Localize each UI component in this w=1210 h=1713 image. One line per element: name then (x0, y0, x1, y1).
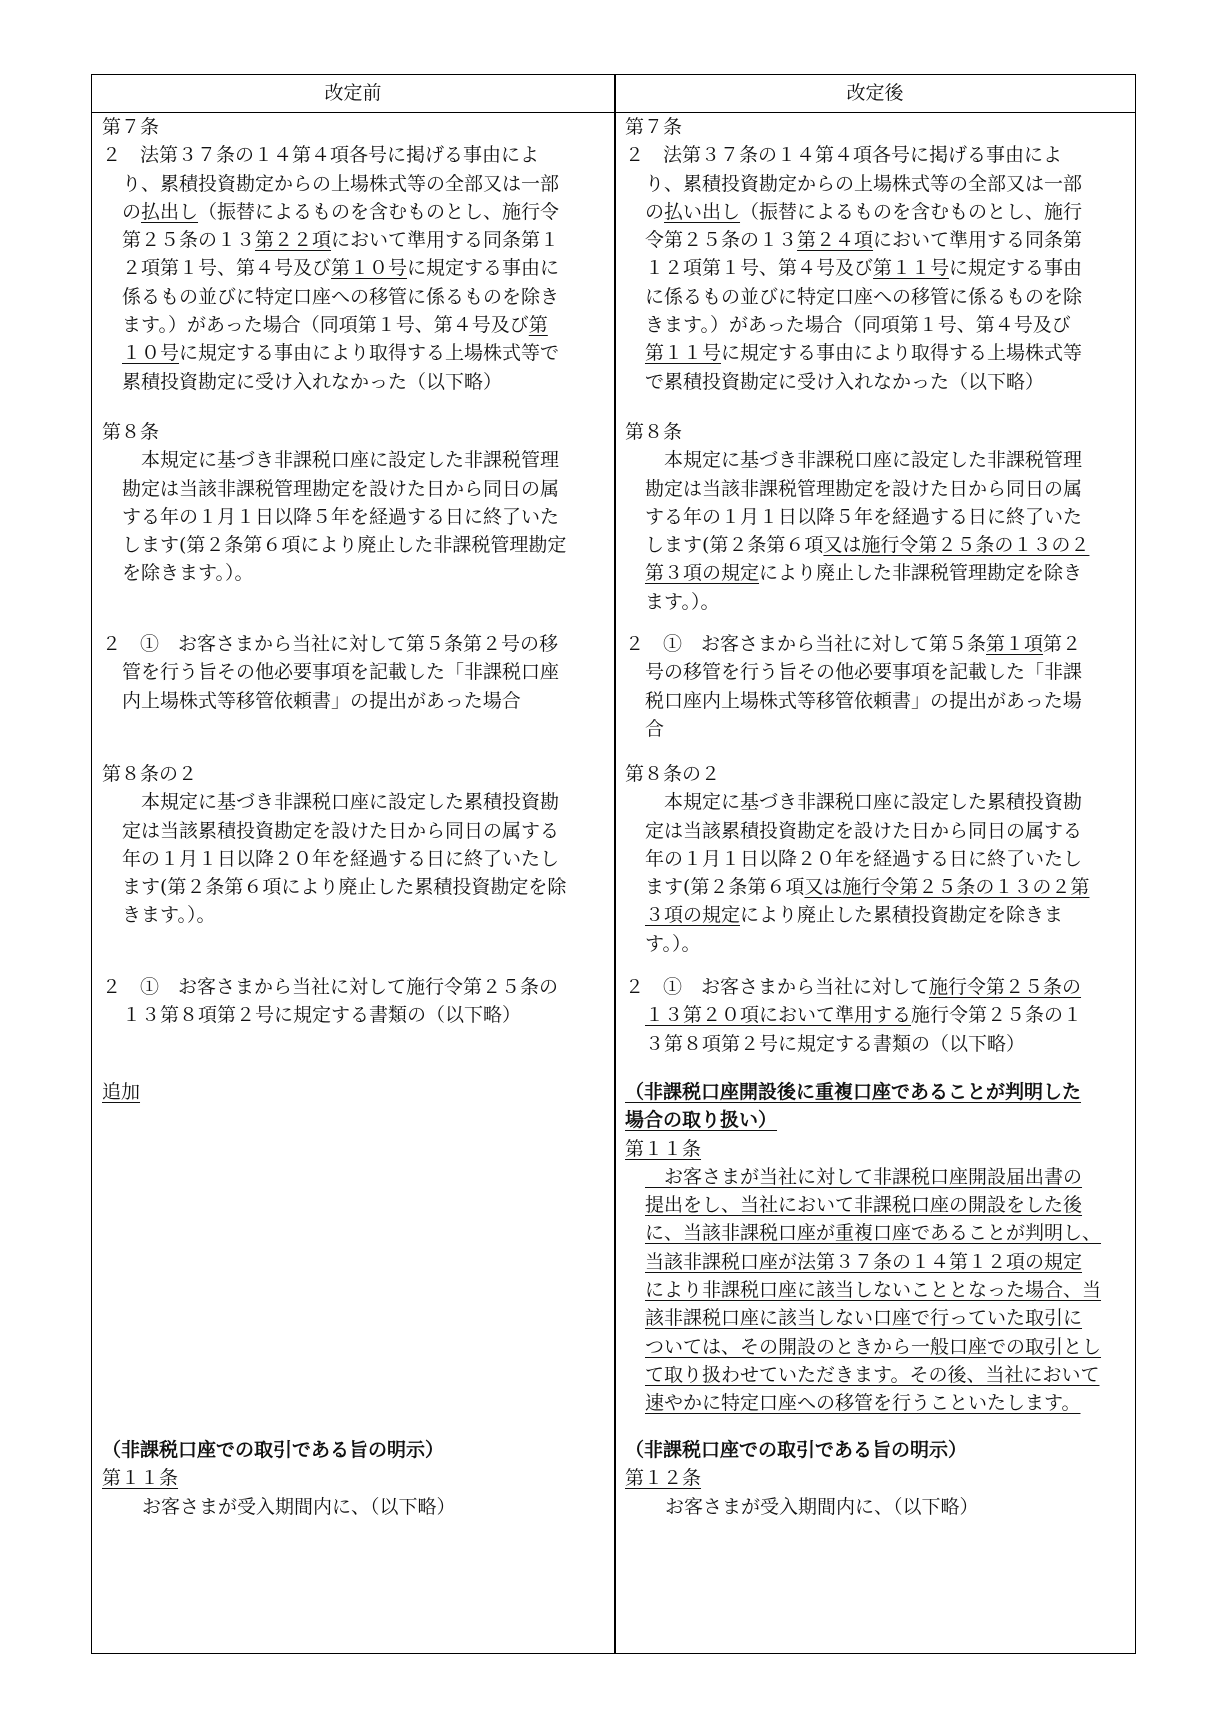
text: 定は当該累積投資勘定を設けた日から同日の属する (645, 820, 1082, 842)
header-before: 改定前 (92, 75, 614, 113)
text-line: により非課税口座に該当しないこととなった場合、当 (645, 1279, 1101, 1301)
text-line: 提出をし、当社において非課税口座の開設をした後 (645, 1194, 1082, 1216)
text: ます。）。 (645, 591, 719, 613)
text-line: きます。）があった場合（同項第１号、第４号及び (625, 311, 1125, 339)
article-title: 第７条 (625, 113, 1125, 141)
text: ２項第１号、第４号及び (122, 257, 331, 279)
text-line: 号の移管を行う旨その他必要事項を記載した「非課 (625, 658, 1125, 686)
text: において準用する同条第 (873, 229, 1082, 251)
text-line: で累積投資勘定に受け入れなかった（以下略） (625, 368, 1125, 396)
amended-text: 第２２項 (255, 229, 331, 251)
text: す。）。 (645, 933, 700, 955)
amended-text: 第１１号 (873, 257, 949, 279)
after-article-8-2-para-2: ２ ① お客さまから当社に対して施行令第２５条の １３第２０項において準用する施… (625, 973, 1125, 1058)
text: 累積投資勘定に受け入れなかった（以下略） (122, 371, 502, 393)
text-line: り、累積投資勘定からの上場株式等の全部又は一部 (102, 170, 602, 198)
text: （振替によるものを含むものとし、施行 (740, 201, 1082, 223)
before-column: 第７条 ２ 法第３７条の１４第４項各号に掲げる事由によ り、累積投資勘定からの上… (102, 113, 602, 1653)
text-line: ３項の規定により廃止した累積投資勘定を除きま (625, 901, 1125, 929)
text: １２項第１号、第４号及び (645, 257, 873, 279)
text-line: 本規定に基づき非課税口座に設定した非課税管理 (625, 446, 1125, 474)
text-line: ２項第１号、第４号及び第１０号に規定する事由に (102, 254, 602, 282)
text: 勘定は当該非課税管理勘定を設けた日から同日の属 (645, 478, 1082, 500)
after-article-12: （非課税口座での取引である旨の明示） 第１２条 お客さまが受入期間内に、（以下略… (625, 1436, 1125, 1521)
text-line: 速やかに特定口座への移管を行うこといたします。 (645, 1392, 1080, 1414)
text: 合 (645, 718, 664, 740)
amended-text: １０号 (122, 342, 179, 364)
text: に係るもの並びに特定口座への移管に係るものを除 (645, 286, 1082, 308)
before-article-8-para-2: ２ ① お客さまから当社に対して第５条第２号の移 管を行う旨その他必要事項を記載… (102, 630, 602, 715)
text: 令第２５条の１３ (645, 229, 797, 251)
article-title: 第１１条 (102, 1467, 178, 1489)
after-article-8-para-2: ２ ① お客さまから当社に対して第５条第１項第２ 号の移管を行う旨その他必要事項… (625, 630, 1125, 743)
text-line: ２ 法第３７条の１４第４項各号に掲げる事由によ (625, 141, 1125, 169)
article-caption: （非課税口座での取引である旨の明示） (625, 1436, 1125, 1464)
before-article-8: 第８条 本規定に基づき非課税口座に設定した非課税管理 勘定は当該非課税管理勘定を… (102, 418, 602, 588)
text: 係るもの並びに特定口座への移管に係るものを除き (122, 286, 559, 308)
amended-text: 第３項の規定 (645, 562, 759, 584)
text: ２ ① お客さまから当社に対して (625, 976, 929, 998)
text: ３第８項第２号に規定する書類の（以下略） (645, 1033, 1025, 1055)
text-line: 税口座内上場株式等移管依頼書」の提出があった場 (625, 687, 1125, 715)
text-line: ２ ① お客さまから当社に対して施行令第２５条の (625, 973, 1125, 1001)
before-article-7: 第７条 ２ 法第３７条の１４第４項各号に掲げる事由によ り、累積投資勘定からの上… (102, 113, 602, 396)
article-title: 第１１条 (625, 1138, 701, 1160)
text-line: 第３項の規定により廃止した非課税管理勘定を除き (625, 559, 1125, 587)
after-article-8-2: 第８条の２ 本規定に基づき非課税口座に設定した累積投資勘 定は当該累積投資勘定を… (625, 760, 1125, 958)
text: ２ 法第３７条の１４第４項各号に掲げる事由によ (625, 144, 1062, 166)
text-line: 年の１月１日以降２０年を経過する日に終了いたし (625, 845, 1125, 873)
article-caption: （非課税口座での取引である旨の明示） (102, 1436, 602, 1464)
before-article-8-2-para-2: ２ ① お客さまから当社に対して施行令第２５条の １３第８項第２号に規定する書類… (102, 973, 602, 1030)
text-line: 本規定に基づき非課税口座に設定した非課税管理 (102, 446, 602, 474)
text: において準用する同条第１ (331, 229, 559, 251)
article-title: 第８条 (102, 418, 602, 446)
text: きます。）があった場合（同項第１号、第４号及び (645, 314, 1071, 336)
text-line: 本規定に基づき非課税口座に設定した累積投資勘 (102, 788, 602, 816)
text: 本規定に基づき非課税口座に設定した非課税管理 (645, 449, 1082, 471)
article-title: 第８条 (625, 418, 1125, 446)
text: 号の移管を行う旨その他必要事項を記載した「非課 (645, 661, 1082, 683)
after-article-11-new: （非課税口座開設後に重複口座であることが判明した 場合の取り扱い） 第１１条 お… (625, 1078, 1125, 1418)
text-line: 該非課税口座に該当しない口座で行っていた取引に (645, 1307, 1082, 1329)
text-line: 管を行う旨その他必要事項を記載した「非課税口座 (102, 658, 602, 686)
text-line: します(第２条第６項により廃止した非課税管理勘定 (102, 531, 602, 559)
text-line: 合 (625, 715, 1125, 743)
article-title: 第１２条 (625, 1467, 701, 1489)
text: により廃止した累積投資勘定を除きま (740, 904, 1063, 926)
text-line: ２ ① お客さまから当社に対して第５条第１項第２ (625, 630, 1125, 658)
text: 第２５条の１３ (122, 229, 255, 251)
article-title: 第７条 (102, 113, 602, 141)
amended-text: 払出し (141, 201, 198, 223)
text-line: ２ 法第３７条の１４第４項各号に掲げる事由によ (102, 141, 602, 169)
text-line: １０号に規定する事由により取得する上場株式等で (102, 339, 602, 367)
text-line: 累積投資勘定に受け入れなかった（以下略） (102, 368, 602, 396)
text: ２ 法第３７条の１４第４項各号に掲げる事由によ (102, 144, 539, 166)
text-line: 本規定に基づき非課税口座に設定した累積投資勘 (625, 788, 1125, 816)
text-line: に係るもの並びに特定口座への移管に係るものを除 (625, 283, 1125, 311)
before-added-placeholder: 追加 (102, 1078, 602, 1106)
text: 第２ (1043, 633, 1081, 655)
text: 本規定に基づき非課税口座に設定した累積投資勘 (645, 791, 1082, 813)
added-label: 追加 (102, 1081, 140, 1103)
after-column: 第７条 ２ 法第３７条の１４第４項各号に掲げる事由によ り、累積投資勘定からの上… (625, 113, 1125, 1653)
amended-text: 施行令第２５条の (929, 976, 1081, 998)
text-line: り、累積投資勘定からの上場株式等の全部又は一部 (625, 170, 1125, 198)
article-caption: （非課税口座開設後に重複口座であることが判明した (625, 1081, 1081, 1103)
article-caption: 場合の取り扱い） (625, 1109, 777, 1131)
text: に規定する事由により取得する上場株式等 (721, 342, 1082, 364)
text: （振替によるものを含むものとし、施行令 (198, 201, 559, 223)
amended-text: 第１項 (986, 633, 1043, 655)
text-line: 係るもの並びに特定口座への移管に係るものを除き (102, 283, 602, 311)
text-line: する年の１月１日以降５年を経過する日に終了いた (102, 503, 602, 531)
amended-text: 第２４項 (797, 229, 873, 251)
amended-text: 第１０号 (331, 257, 407, 279)
text: 施行令第２５条の１ (911, 1004, 1082, 1026)
text-line: ます。）があった場合（同項第１号、第４号及び第 (102, 311, 602, 339)
text-line: １２項第１号、第４号及び第１１号に規定する事由 (625, 254, 1125, 282)
text-line: する年の１月１日以降５年を経過する日に終了いた (625, 503, 1125, 531)
text-line: 勘定は当該非課税管理勘定を設けた日から同日の属 (625, 475, 1125, 503)
text-line: お客さまが受入期間内に、（以下略） (102, 1493, 602, 1521)
text-line: の払出し（振替によるものを含むものとし、施行令 (102, 198, 602, 226)
text: ます(第２条第６項 (645, 876, 804, 898)
header-after: 改定後 (615, 75, 1135, 113)
text-line: １３第２０項において準用する施行令第２５条の１ (625, 1001, 1125, 1029)
text-line: ２ ① お客さまから当社に対して施行令第２５条の (102, 973, 602, 1001)
text: り、累積投資勘定からの上場株式等の全部又は一部 (645, 173, 1082, 195)
text: します(第２条第６項 (645, 534, 823, 556)
text-line: す。）。 (625, 930, 1125, 958)
text-line: ます。）。 (625, 588, 1125, 616)
amended-text: 第１１号 (645, 342, 721, 364)
text: ます。）があった場合（同項第１号、第４号及び (122, 314, 529, 336)
text-line: ます(第２条第６項又は施行令第２５条の１３の２第 (625, 873, 1125, 901)
article-title: 第８条の２ (102, 760, 602, 788)
text: する年の１月１日以降５年を経過する日に終了いた (645, 506, 1082, 528)
text-line: 勘定は当該非課税管理勘定を設けた日から同日の属 (102, 475, 602, 503)
text: 税口座内上場株式等移管依頼書」の提出があった場 (645, 690, 1082, 712)
after-article-8: 第８条 本規定に基づき非課税口座に設定した非課税管理 勘定は当該非課税管理勘定を… (625, 418, 1125, 616)
text: り、累積投資勘定からの上場株式等の全部又は一部 (122, 173, 559, 195)
amended-text: ３項の規定 (645, 904, 740, 926)
text-line: 年の１月１日以降２０年を経過する日に終了いたし (102, 845, 602, 873)
text-line: きます。）。 (102, 901, 602, 929)
column-divider (614, 75, 616, 1653)
before-article-8-2: 第８条の２ 本規定に基づき非課税口座に設定した累積投資勘 定は当該累積投資勘定を… (102, 760, 602, 930)
text-line: 令第２５条の１３第２４項において準用する同条第 (625, 226, 1125, 254)
amended-text: 第 (529, 314, 548, 336)
text: の (122, 201, 141, 223)
text-line: ついては、その開設のときから一般口座での取引とし (645, 1336, 1101, 1358)
text-line: の払い出し（振替によるものを含むものとし、施行 (625, 198, 1125, 226)
text: に規定する事由に (407, 257, 559, 279)
amended-text: １３第２０項において準用する (645, 1004, 911, 1026)
text-line: ３第８項第２号に規定する書類の（以下略） (625, 1030, 1125, 1058)
text: の (645, 201, 664, 223)
text: に規定する事由により取得する上場株式等で (179, 342, 559, 364)
text-line: 内上場株式等移管依頼書」の提出があった場合 (102, 687, 602, 715)
text-line: 定は当該累積投資勘定を設けた日から同日の属する (625, 817, 1125, 845)
after-article-7: 第７条 ２ 法第３７条の１４第４項各号に掲げる事由によ り、累積投資勘定からの上… (625, 113, 1125, 396)
article-title: 第８条の２ (625, 760, 1125, 788)
amended-text: 払い出し (664, 201, 740, 223)
text: 年の１月１日以降２０年を経過する日に終了いたし (645, 848, 1082, 870)
text-line: １３第８項第２号に規定する書類の（以下略） (102, 1001, 602, 1029)
text: に規定する事由 (949, 257, 1082, 279)
text: により廃止した非課税管理勘定を除き (759, 562, 1082, 584)
before-article-11: （非課税口座での取引である旨の明示） 第１１条 お客さまが受入期間内に、（以下略… (102, 1436, 602, 1521)
text: ２ ① お客さまから当社に対して第５条 (625, 633, 986, 655)
text-line: 定は当該累積投資勘定を設けた日から同日の属する (102, 817, 602, 845)
text-line: ２ ① お客さまから当社に対して第５条第２号の移 (102, 630, 602, 658)
amended-text: 又は施行令第２５条の１３の２ (823, 534, 1089, 556)
text-line: 第１１号に規定する事由により取得する上場株式等 (625, 339, 1125, 367)
amended-text: 又は施行令第２５条の１３の２第 (804, 876, 1089, 898)
text-line: します(第２条第６項又は施行令第２５条の１３の２ (625, 531, 1125, 559)
comparison-table: 改定前 改定後 第７条 ２ 法第３７条の１４第４項各号に掲げる事由によ り、累積… (91, 74, 1136, 1654)
text-line: お客さまが当社に対して非課税口座開設届出書の (645, 1166, 1082, 1188)
text-line: て取り扱わせていただきます。その後、当社において (645, 1364, 1099, 1386)
text-line: 当該非課税口座が法第３７条の１４第１２項の規定 (645, 1251, 1082, 1273)
text: で累積投資勘定に受け入れなかった（以下略） (645, 371, 1044, 393)
text-line: に、当該非課税口座が重複口座であることが判明し、 (645, 1222, 1101, 1244)
text-line: 第２５条の１３第２２項において準用する同条第１ (102, 226, 602, 254)
text-line: お客さまが受入期間内に、（以下略） (625, 1493, 1125, 1521)
text-line: を除きます。）。 (102, 559, 602, 587)
text-line: ます(第２条第６項により廃止した累積投資勘定を除 (102, 873, 602, 901)
